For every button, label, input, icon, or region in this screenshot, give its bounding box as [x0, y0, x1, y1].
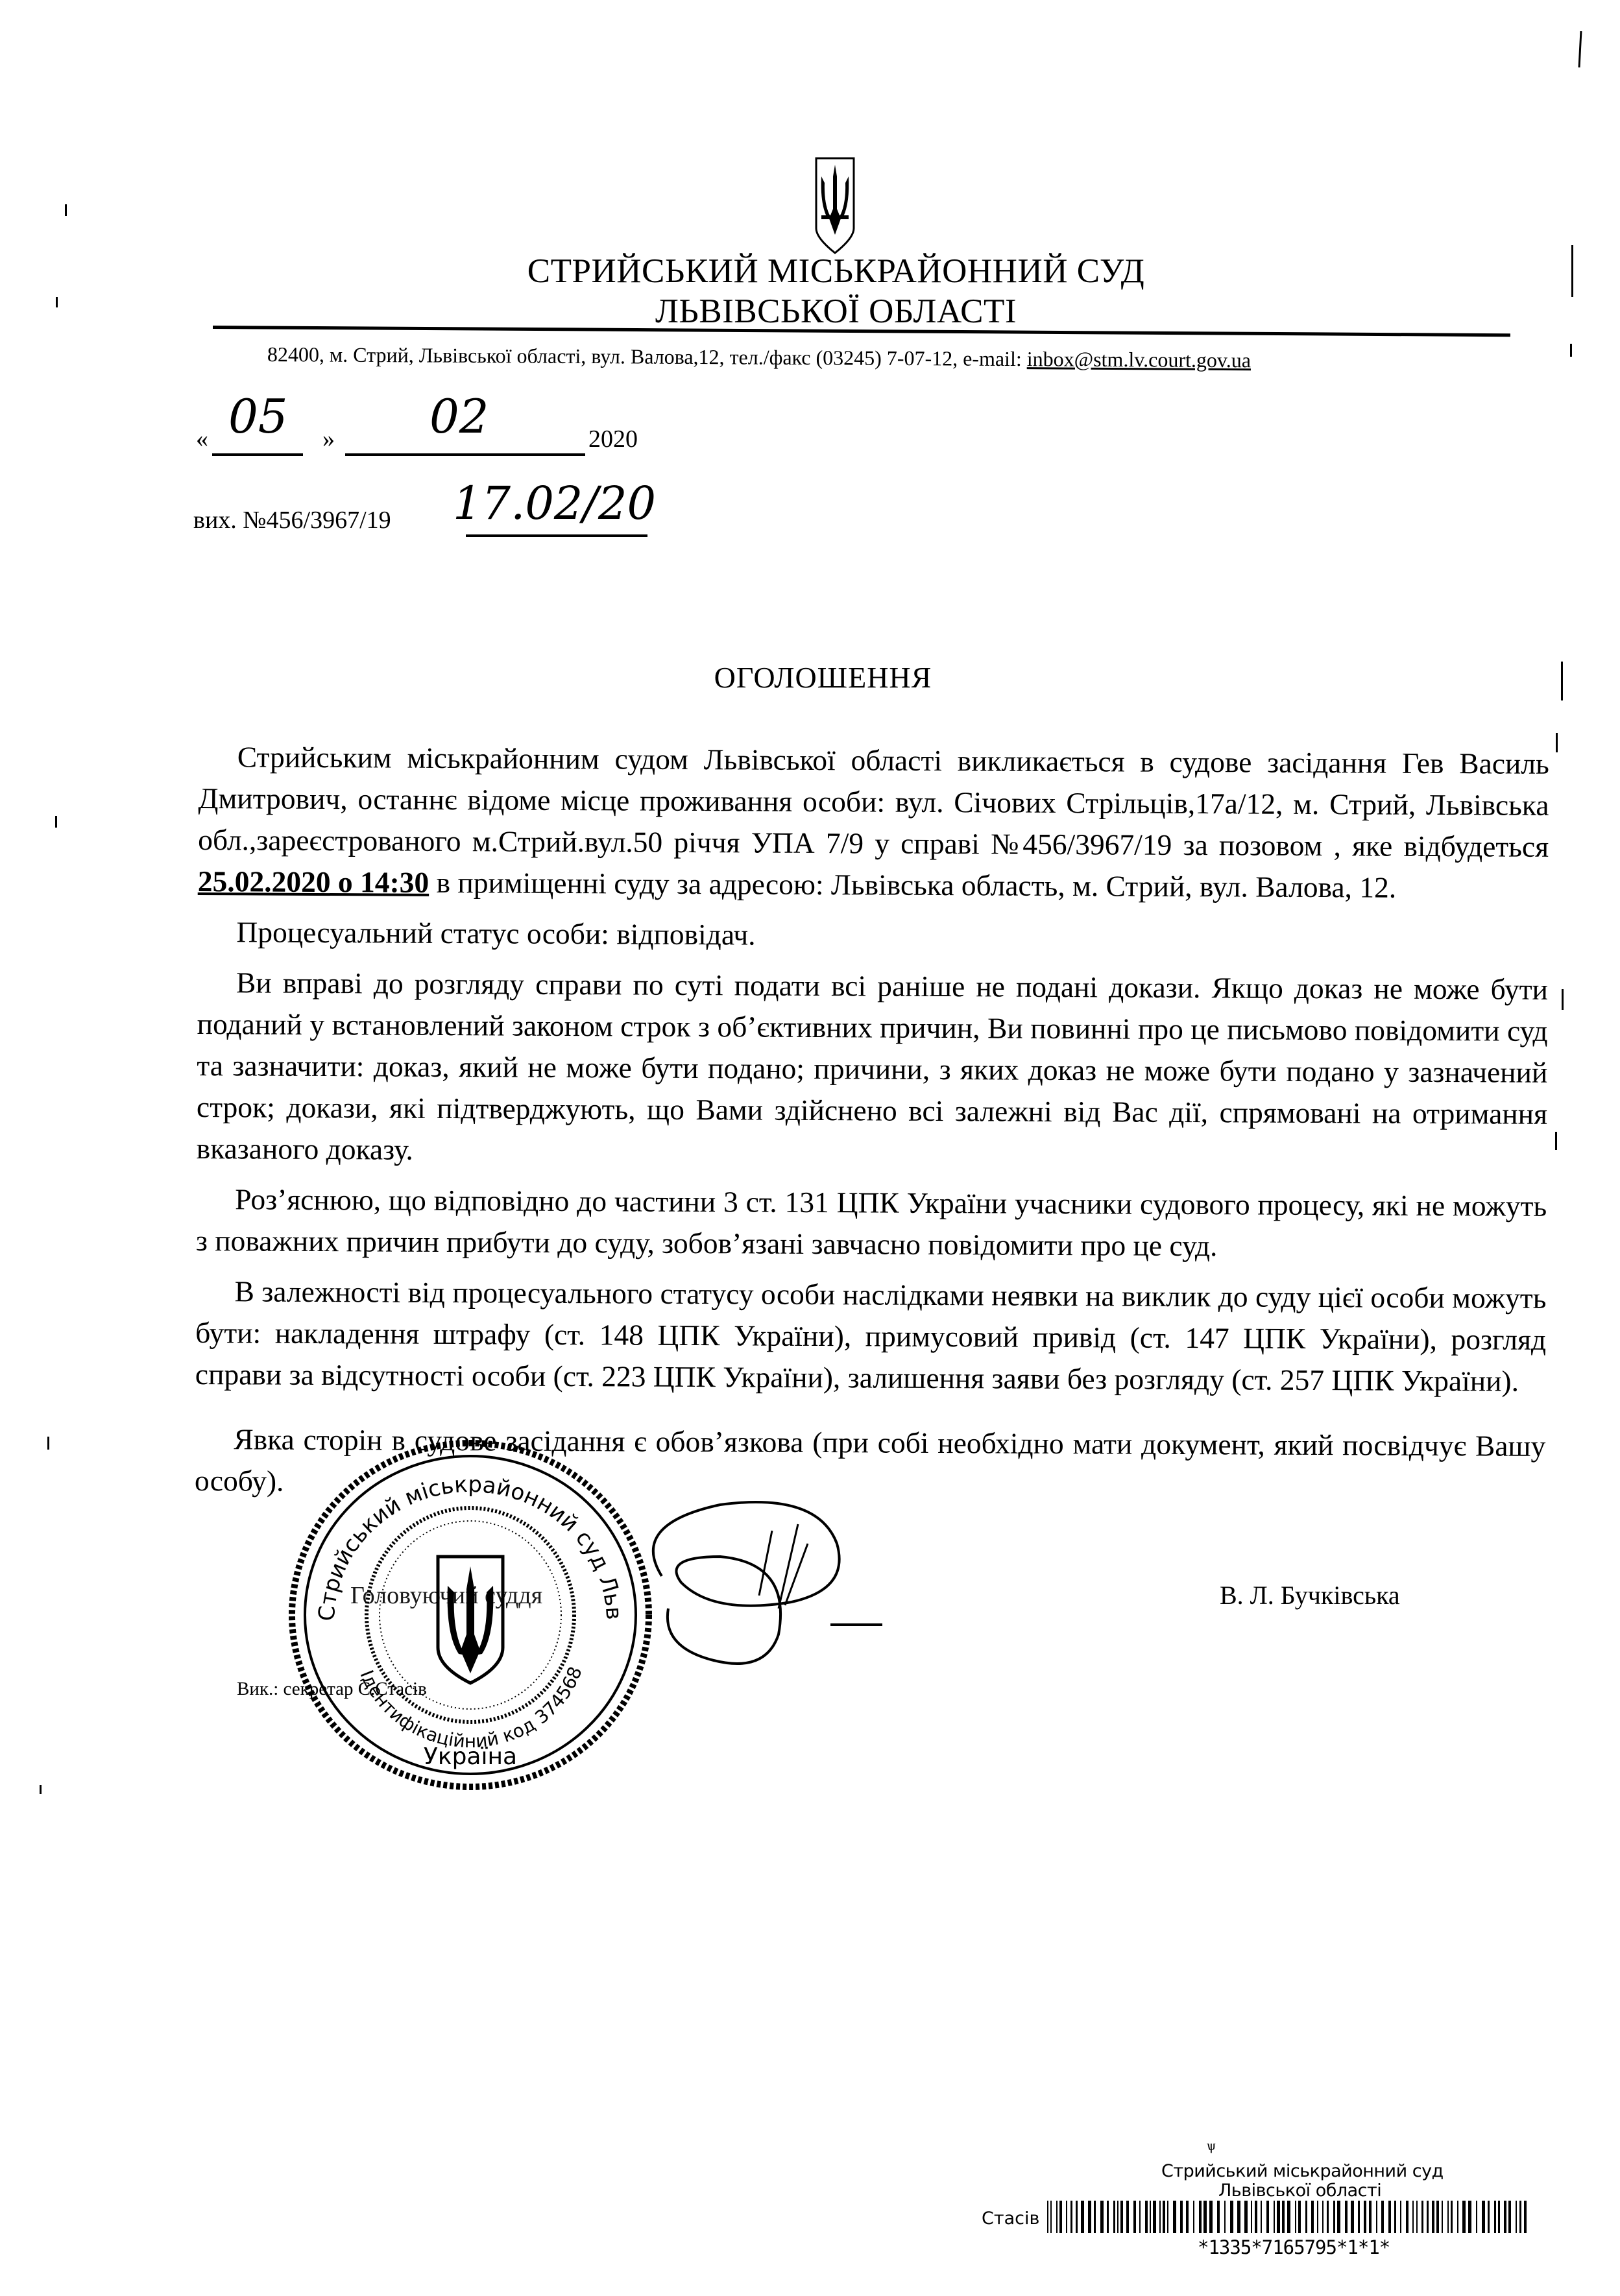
announcement-body: Стрийським міськрайонним судом Львівсько…	[195, 736, 1549, 1509]
open-quote: «	[196, 425, 208, 453]
stamp-court-line2: Львівської області	[1218, 2181, 1381, 2201]
paragraph-status: Процесуальний статус особи: відповідач.	[197, 911, 1548, 960]
stamp-user: Стасів	[982, 2208, 1039, 2229]
handwritten-reference-date: 17.02/20	[453, 477, 656, 530]
scan-mark	[1556, 733, 1558, 752]
handwritten-month: 02	[429, 389, 489, 444]
scan-mark	[1561, 662, 1563, 700]
paragraph-evidence: Ви вправі до розгляду справи по суті под…	[197, 962, 1549, 1177]
scan-mark	[1562, 989, 1564, 1010]
svg-text:Україна: Україна	[424, 1743, 517, 1770]
scan-mark	[1570, 344, 1572, 357]
paragraph-summons: Стрийським міськрайонним судом Львівсько…	[198, 736, 1549, 909]
coat-of-arms-icon	[812, 157, 858, 254]
address-text: 82400, м. Стрий, Львівської області, вул…	[267, 342, 1027, 370]
scan-mark	[1578, 31, 1582, 67]
scan-mark	[1571, 245, 1573, 297]
court-name-line1: СТРИЙСЬКИЙ МІСЬКРАЙОННИЙ СУД	[26, 252, 1620, 291]
handwritten-day: 05	[228, 389, 288, 444]
scan-mark	[65, 204, 67, 216]
year: 2020	[588, 425, 638, 453]
email-link[interactable]: inbox@stm.lv.court.gov.ua	[1027, 347, 1251, 372]
stamp-court-line1: Стрийський міськрайонний суд	[1161, 2161, 1444, 2181]
close-quote: »	[322, 425, 335, 453]
outgoing-reference: вих. №456/3967/19 17.02/20	[193, 506, 391, 534]
scan-mark	[47, 1437, 49, 1450]
stamp-trident-icon: ѱ	[1207, 2137, 1216, 2154]
paragraph-notice: Роз’яснюю, що відповідно до частини 3 ст…	[196, 1178, 1547, 1269]
court-name-line2: ЛЬВІВСЬКОЇ ОБЛАСТІ	[26, 292, 1620, 331]
document-title: ОГОЛОШЕННЯ	[0, 660, 1620, 695]
scan-mark	[1555, 1132, 1557, 1150]
hearing-datetime: 25.02.2020 о 14:30	[198, 865, 429, 899]
paragraph-consequences: В залежності від процесуального статусу …	[195, 1271, 1547, 1402]
barcode-value: *1335*7165795*1*1*	[1198, 2236, 1390, 2258]
court-seal-icon: Стрийський міськрайонний суд Львівської …	[282, 1427, 659, 1790]
handwritten-signature	[623, 1485, 895, 1680]
scan-mark	[55, 816, 57, 828]
judge-name: В. Л. Бучківська	[1220, 1580, 1400, 1610]
court-address: 82400, м. Стрий, Львівської області, вул…	[267, 342, 1251, 372]
reference-number: вих. №456/3967/19	[193, 507, 391, 534]
barcode	[1047, 2201, 1529, 2233]
scan-mark	[40, 1785, 42, 1794]
scan-mark	[56, 297, 58, 307]
